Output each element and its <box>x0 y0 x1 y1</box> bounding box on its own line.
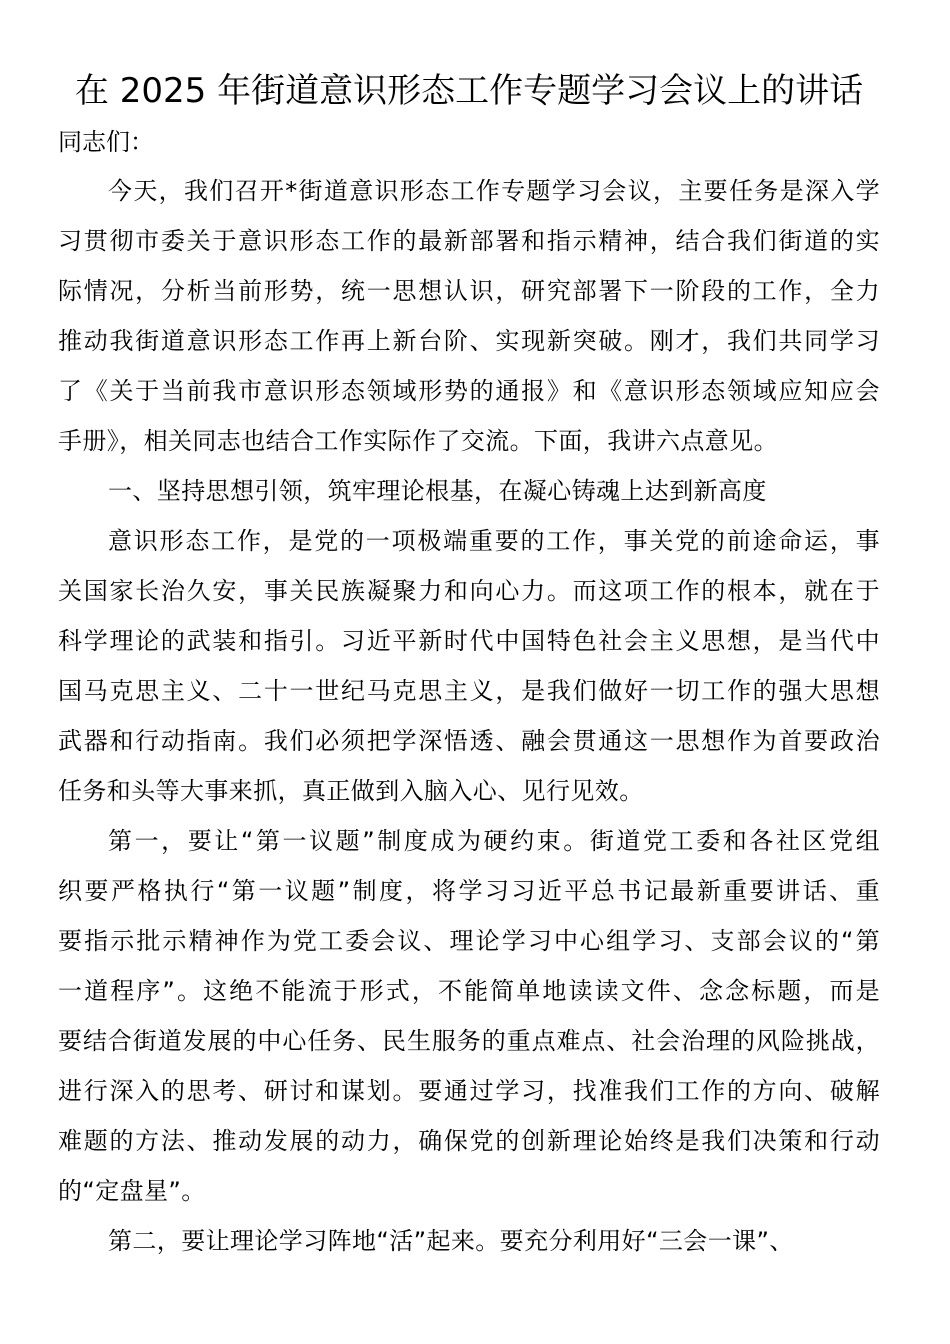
paragraph-opening: 今天，我们召开*街道意识形态工作专题学习会议，主要任务是深入学 习贯彻市委关于意… <box>58 166 880 466</box>
text-line: 际情况，分析当前形势，统一思想认识，研究部署下一阶段的工作，全力 <box>58 266 880 316</box>
document-page: 在 2025 年街道意识形态工作专题学习会议上的讲话 同志们： 今天，我们召开*… <box>58 64 880 1266</box>
text-line: 的“定盘星”。 <box>58 1166 880 1216</box>
text-line: 科学理论的武装和指引。习近平新时代中国特色社会主义思想，是当代中 <box>58 616 880 666</box>
text-line: 国马克思主义、二十一世纪马克思主义，是我们做好一切工作的强大思想 <box>58 666 880 716</box>
text-line: 今天，我们召开*街道意识形态工作专题学习会议，主要任务是深入学 <box>58 166 880 216</box>
heading-line: 一、坚持思想引领，筑牢理论根基，在凝心铸魂上达到新高度 <box>58 466 880 516</box>
paragraph-ideology-work: 意识形态工作，是党的一项极端重要的工作，事关党的前途命运，事 关国家长治久安，事… <box>58 516 880 816</box>
text-line: 织要严格执行“第一议题”制度，将学习习近平总书记最新重要讲话、重 <box>58 866 880 916</box>
text-line: 要结合街道发展的中心任务、民生服务的重点难点、社会治理的风险挑战， <box>58 1016 880 1066</box>
document-title: 在 2025 年街道意识形态工作专题学习会议上的讲话 <box>58 64 880 118</box>
section-heading-1: 一、坚持思想引领，筑牢理论根基，在凝心铸魂上达到新高度 <box>58 466 880 516</box>
text-line: 推动我街道意识形态工作再上新台阶、实现新突破。刚才，我们共同学习 <box>58 316 880 366</box>
text-line: 意识形态工作，是党的一项极端重要的工作，事关党的前途命运，事 <box>58 516 880 566</box>
paragraph-first-point: 第一，要让“第一议题”制度成为硬约束。街道党工委和各社区党组 织要严格执行“第一… <box>58 816 880 1216</box>
text-line: 关国家长治久安，事关民族凝聚力和向心力。而这项工作的根本，就在于 <box>58 566 880 616</box>
text-line: 手册》，相关同志也结合工作实际作了交流。下面，我讲六点意见。 <box>58 416 880 466</box>
text-line: 了《关于当前我市意识形态领域形势的通报》和《意识形态领域应知应会 <box>58 366 880 416</box>
text-line: 进行深入的思考、研讨和谋划。要通过学习，找准我们工作的方向、破解 <box>58 1066 880 1116</box>
text-line: 一道程序”。这绝不能流于形式，不能简单地读读文件、念念标题，而是 <box>58 966 880 1016</box>
text-line: 要指示批示精神作为党工委会议、理论学习中心组学习、支部会议的“第 <box>58 916 880 966</box>
text-line: 武器和行动指南。我们必须把学深悟透、融会贯通这一思想作为首要政治 <box>58 716 880 766</box>
salutation: 同志们： <box>58 118 880 166</box>
text-line: 习贯彻市委关于意识形态工作的最新部署和指示精神，结合我们街道的实 <box>58 216 880 266</box>
text-line: 第一，要让“第一议题”制度成为硬约束。街道党工委和各社区党组 <box>58 816 880 866</box>
paragraph-second-point: 第二，要让理论学习阵地“活”起来。要充分利用好“三会一课”、 <box>58 1216 880 1266</box>
text-line: 任务和头等大事来抓，真正做到入脑入心、见行见效。 <box>58 766 880 816</box>
text-line: 难题的方法、推动发展的动力，确保党的创新理论始终是我们决策和行动 <box>58 1116 880 1166</box>
text-line: 第二，要让理论学习阵地“活”起来。要充分利用好“三会一课”、 <box>58 1216 880 1266</box>
